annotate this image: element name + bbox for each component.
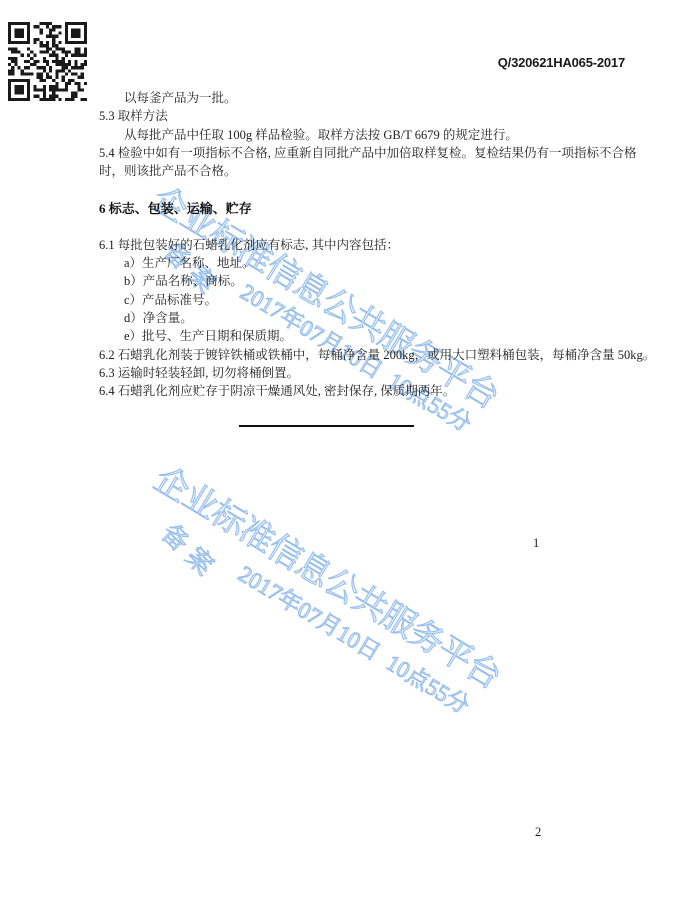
doc-number: Q/320621HA065-2017	[498, 55, 625, 70]
text-line: d）净含量。	[124, 311, 193, 326]
text-line: 时，则该批产品不合格。	[99, 164, 237, 179]
page-number: 2	[535, 825, 541, 840]
document-body: 以每釜产品为一批。5.3 取样方法从每批产品中任取 100g 样品检验。取样方法…	[0, 0, 677, 909]
text-line: 6.4 石蜡乳化剂应贮存于阴凉干燥通风处, 密封保存, 保质期两年。	[99, 384, 455, 399]
text-line: 从每批产品中任取 100g 样品检验。取样方法按 GB/T 6679 的规定进行…	[124, 128, 518, 143]
text-line: 5.3 取样方法	[99, 109, 168, 124]
section-heading: 6 标志、包装、运输、贮存	[99, 201, 252, 216]
end-of-document-divider	[239, 425, 414, 427]
text-line: 6.3 运输时轻装轻卸, 切勿将桶倒置。	[99, 366, 299, 381]
page-number: 1	[533, 536, 539, 551]
text-line: a）生产厂名称、地址。	[124, 256, 255, 271]
text-line: 6.2 石蜡乳化剂装于镀锌铁桶或铁桶中，每桶净含量 200kg，或用大口塑料桶包…	[99, 348, 655, 363]
text-line: c）产品标准号。	[124, 293, 217, 308]
text-line: b）产品名称、商标。	[124, 274, 243, 289]
document-page: Q/320621HA065-2017 企业标准信息公共服务平台 备案 2017年…	[0, 0, 677, 909]
text-line: 6.1 每批包装好的石蜡乳化剂应有标志, 其中内容包括：	[99, 238, 399, 253]
text-line: e）批号、生产日期和保质期。	[124, 329, 292, 344]
text-line: 以每釜产品为一批。	[124, 91, 237, 106]
text-line: 5.4 检验中如有一项指标不合格, 应重新自同批产品中加倍取样复检。复检结果仍有…	[99, 146, 637, 161]
